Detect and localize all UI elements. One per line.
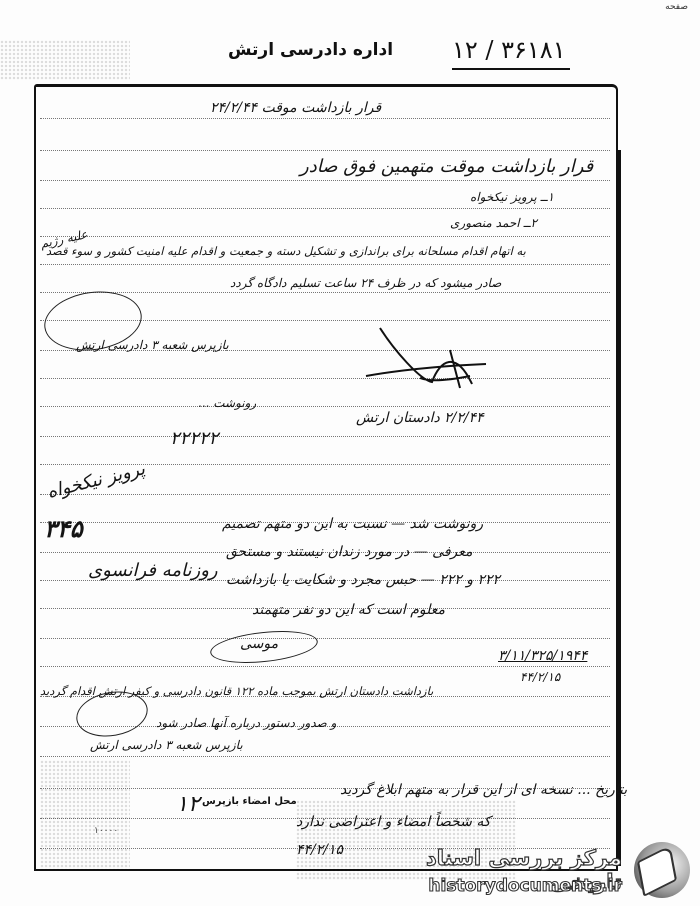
handwritten-body-line-1: به اتهام اقدام مسلحانه برای براندازی و ت… — [46, 244, 526, 258]
handwritten-army-line-2: و صدور دستور درباره آنها صادر شود — [156, 716, 336, 730]
handwritten-ruling-4: معلوم است که این دو نفر متهمند — [252, 602, 445, 618]
ruled-line — [40, 236, 610, 237]
handwritten-body-line-2: صادر میشود که در ظرف ۲۴ ساعت تسلیم دادگا… — [230, 276, 501, 290]
scan-noise — [40, 760, 130, 870]
ruled-line — [40, 150, 610, 151]
document-frame-edge — [618, 150, 621, 866]
page-corner-label: صفحه — [665, 2, 688, 12]
document-header-title: اداره دادرسی ارتش — [228, 40, 393, 60]
handwritten-numbers: ۲۲۲۲۲ — [170, 428, 218, 449]
ruled-line — [40, 118, 610, 119]
ruled-line — [40, 180, 610, 181]
handwritten-big-number: ۳۴۵ — [44, 514, 83, 543]
ruled-line — [40, 436, 610, 437]
ruled-line — [40, 292, 610, 293]
handwritten-name-line: روزنامه فرانسوی — [88, 560, 218, 581]
handwritten-notice-line: بازپرس شعبه ۳ دادرسی ارتش — [76, 338, 229, 352]
scroll-document-logo-icon — [634, 842, 690, 898]
ruled-line — [40, 666, 610, 667]
ruled-line — [40, 264, 610, 265]
handwritten-final-line-1: بتاریخ ... نسخه ای از این قرار به متهم ا… — [340, 782, 627, 798]
document-form-number: ۳۶۱۸۱ / ۱۲ — [452, 36, 566, 64]
signature-scribble — [360, 320, 490, 400]
ruled-line — [40, 406, 610, 407]
watermark-site-text: historydocuments.ir — [428, 876, 622, 896]
handwritten-ruling-2: معرفی — در مورد زندان نیستند و مستحق — [226, 544, 472, 560]
scan-noise — [0, 40, 130, 80]
watermark: مرکز بررسی اسناد تاریخی historydocuments… — [420, 842, 700, 902]
handwritten-army-sig-caption: بازپرس شعبه ۳ دادرسی ارتش — [90, 738, 243, 752]
handwritten-item-1: ۱ــ پرویز نیکخواه — [470, 190, 554, 204]
handwritten-date-line: ۲/۲/۴۴ دادستان ارتش — [356, 410, 484, 426]
ruled-line — [40, 208, 610, 209]
scanned-document-page: صفحه اداره دادرسی ارتش ۳۶۱۸۱ / ۱۲ قرار ب… — [0, 0, 700, 906]
handwritten-ref-right: رونوشت ... — [198, 396, 256, 410]
ruled-line — [40, 638, 610, 639]
handwritten-subject-line: قرار بازداشت موقت متهمین فوق صادر — [300, 156, 593, 177]
form-number-underline — [452, 68, 570, 70]
form-signature-label: محل امضاء بازپرس — [202, 796, 297, 807]
handwritten-item-2: ۲ــ احمد منصوری — [450, 216, 537, 230]
handwritten-initial: موسی — [240, 636, 278, 652]
ruled-line — [40, 494, 610, 495]
handwritten-ruling-1: رونوشت شد — نسبت به این دو متهم تصمیم — [222, 516, 483, 532]
ruled-line — [40, 756, 610, 757]
handwritten-page-number: ۱۲ — [176, 792, 200, 817]
ruled-line — [40, 378, 610, 379]
handwritten-reference-date: ۴۴/۲/۱۵ — [520, 670, 560, 684]
handwritten-ruling-3: ۲۲۲ و ۲۲۲ — حبس مجرد و شکایت یا بازداشت — [226, 572, 500, 588]
handwritten-reference-number: ۳/۱۱/۳۲۵/۱۹۴۴ — [498, 648, 587, 664]
handwritten-title-line: قرار بازداشت موقت ۲۴/۲/۴۴ — [210, 100, 381, 116]
